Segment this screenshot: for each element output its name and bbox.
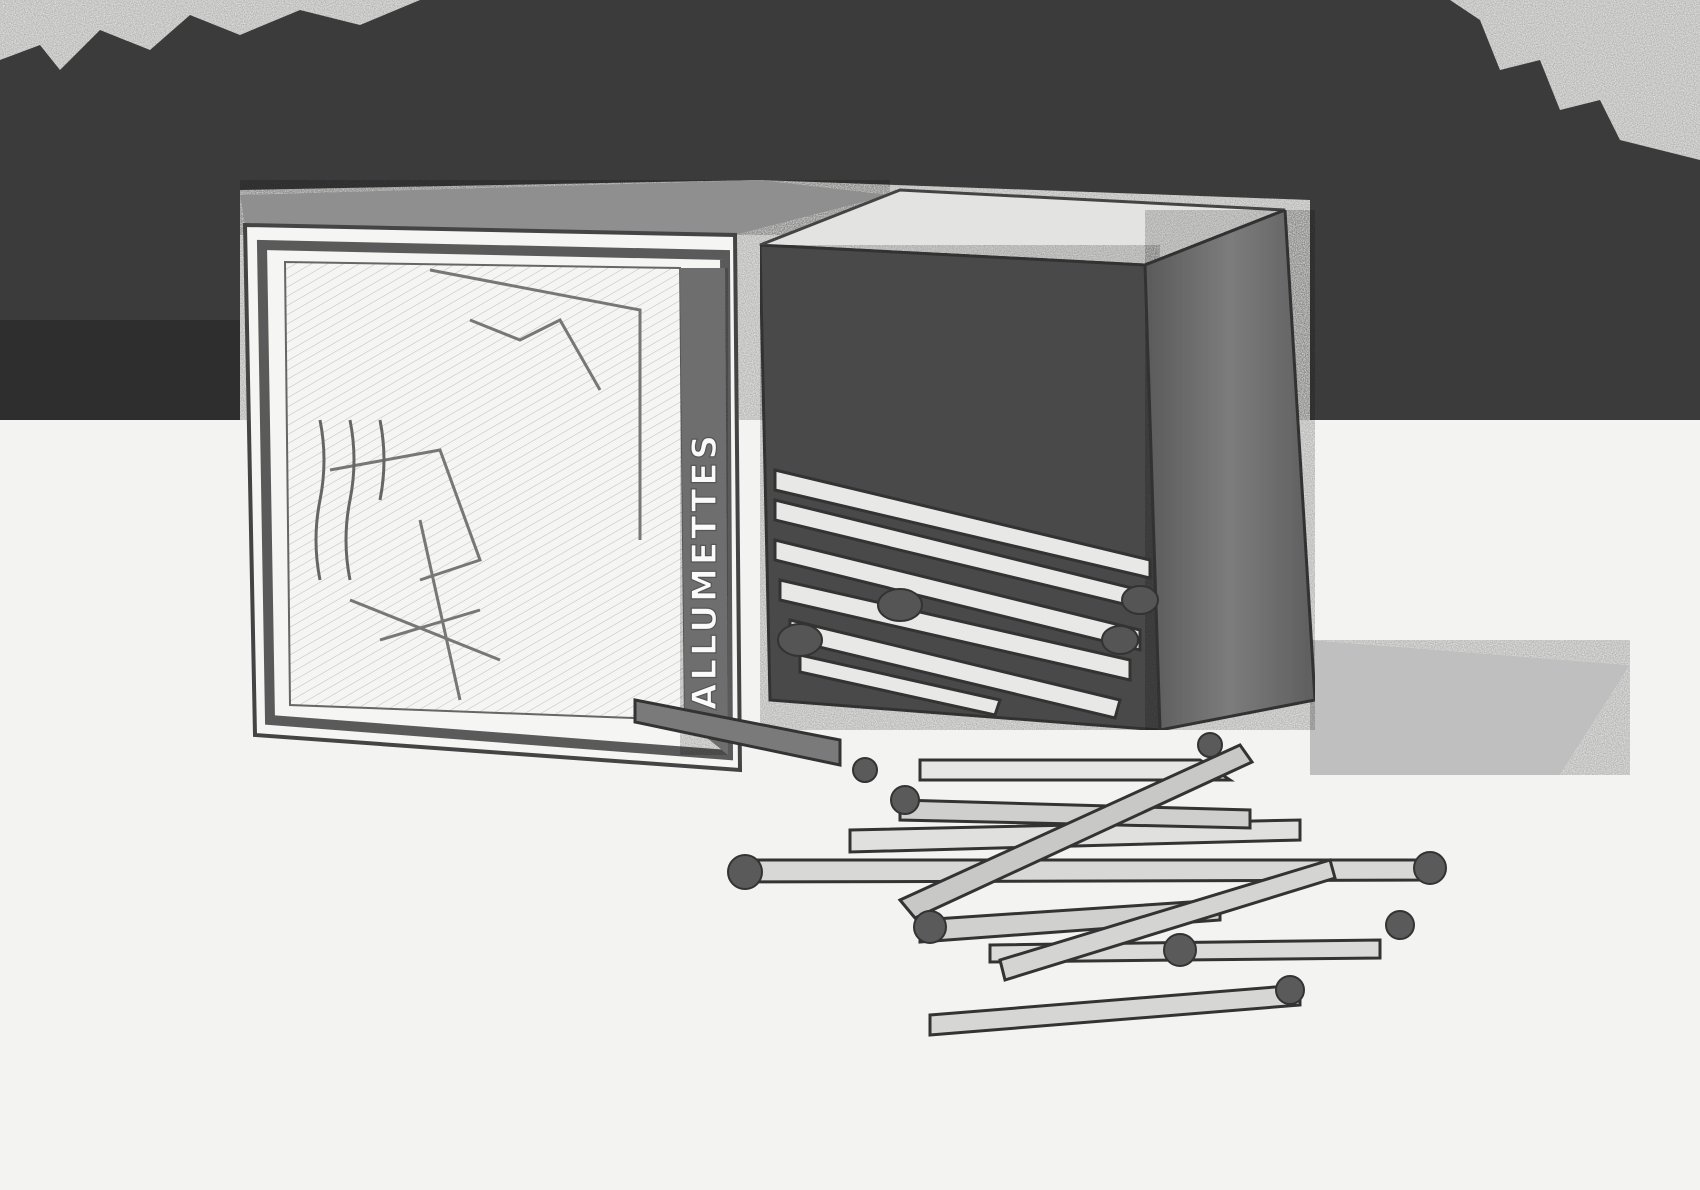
box-label: ALLUMETTES xyxy=(685,432,725,710)
spilled-matches xyxy=(728,733,1446,1035)
drawing-svg: ALLUMETTES xyxy=(0,0,1700,1190)
pencil-drawing: ALLUMETTES xyxy=(0,0,1700,1190)
cast-shadow xyxy=(1310,640,1630,775)
matchbox-drawer xyxy=(760,190,1315,730)
